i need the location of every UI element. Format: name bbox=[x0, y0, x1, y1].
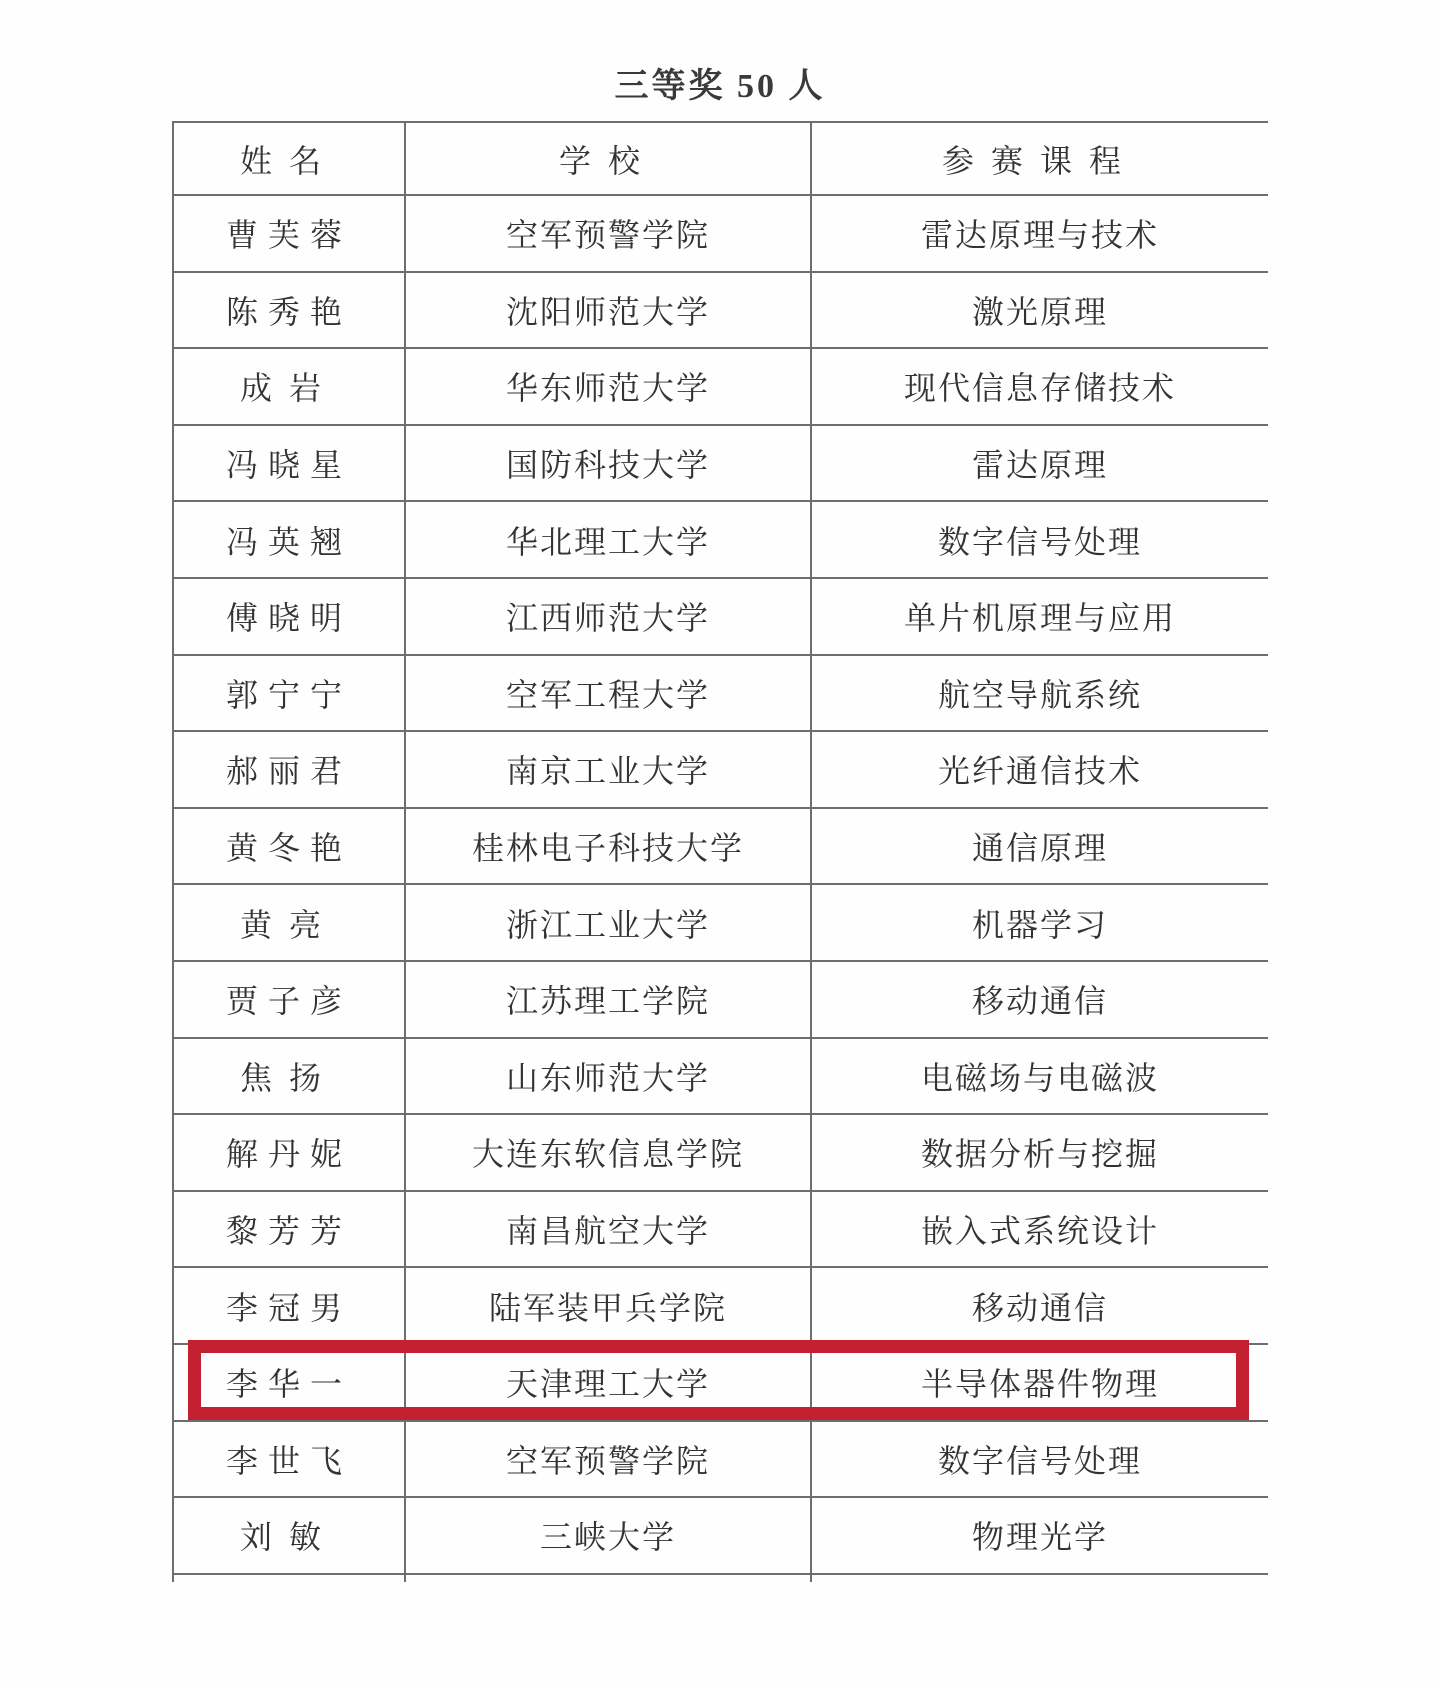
page-title: 三等奖 50 人 bbox=[172, 58, 1268, 107]
awards-table: 姓名 学校 参赛课程 曹芙蓉 空军预警学院 雷达原理与技术 陈秀艳 沈阳师范大学… bbox=[172, 121, 1268, 1582]
name-cell bbox=[173, 1574, 405, 1582]
course-cell: 单片机原理与应用 bbox=[811, 578, 1268, 655]
name-cell: 曹芙蓉 bbox=[173, 195, 405, 272]
table-row: 李冠男 陆军装甲兵学院 移动通信 bbox=[173, 1267, 1268, 1344]
table-row: 陈秀艳 沈阳师范大学 激光原理 bbox=[173, 272, 1268, 349]
table-row: 黄冬艳 桂林电子科技大学 通信原理 bbox=[173, 808, 1268, 885]
awards-table-wrap: 姓名 学校 参赛课程 曹芙蓉 空军预警学院 雷达原理与技术 陈秀艳 沈阳师范大学… bbox=[172, 121, 1268, 1582]
school-cell: 桂林电子科技大学 bbox=[405, 808, 811, 885]
course-cell: 数字信号处理 bbox=[811, 501, 1268, 578]
school-cell: 空军预警学院 bbox=[405, 1421, 811, 1498]
table-row-partial bbox=[173, 1574, 1268, 1582]
table-row: 贾子彦 江苏理工学院 移动通信 bbox=[173, 961, 1268, 1038]
course-cell: 嵌入式系统设计 bbox=[811, 1191, 1268, 1268]
school-cell: 华北理工大学 bbox=[405, 501, 811, 578]
school-cell: 浙江工业大学 bbox=[405, 884, 811, 961]
course-cell: 雷达原理 bbox=[811, 425, 1268, 502]
table-row: 曹芙蓉 空军预警学院 雷达原理与技术 bbox=[173, 195, 1268, 272]
name-cell: 黄冬艳 bbox=[173, 808, 405, 885]
table-row: 焦扬 山东师范大学 电磁场与电磁波 bbox=[173, 1038, 1268, 1115]
school-cell: 大连东软信息学院 bbox=[405, 1114, 811, 1191]
school-cell: 沈阳师范大学 bbox=[405, 272, 811, 349]
school-cell: 南京工业大学 bbox=[405, 731, 811, 808]
school-cell: 天津理工大学 bbox=[405, 1344, 811, 1421]
name-cell: 冯英翘 bbox=[173, 501, 405, 578]
name-cell: 刘敏 bbox=[173, 1497, 405, 1574]
table-row: 冯英翘 华北理工大学 数字信号处理 bbox=[173, 501, 1268, 578]
school-cell bbox=[405, 1574, 811, 1582]
course-cell: 移动通信 bbox=[811, 961, 1268, 1038]
name-cell: 傅晓明 bbox=[173, 578, 405, 655]
school-cell: 山东师范大学 bbox=[405, 1038, 811, 1115]
name-cell: 李冠男 bbox=[173, 1267, 405, 1344]
course-cell: 航空导航系统 bbox=[811, 655, 1268, 732]
header-name: 姓名 bbox=[173, 122, 405, 195]
name-cell: 郭宁宁 bbox=[173, 655, 405, 732]
course-cell: 移动通信 bbox=[811, 1267, 1268, 1344]
table-row: 成岩 华东师范大学 现代信息存储技术 bbox=[173, 348, 1268, 425]
school-cell: 陆军装甲兵学院 bbox=[405, 1267, 811, 1344]
table-row: 黎芳芳 南昌航空大学 嵌入式系统设计 bbox=[173, 1191, 1268, 1268]
table-row: 解丹妮 大连东软信息学院 数据分析与挖掘 bbox=[173, 1114, 1268, 1191]
name-cell: 陈秀艳 bbox=[173, 272, 405, 349]
school-cell: 三峡大学 bbox=[405, 1497, 811, 1574]
course-cell: 数据分析与挖掘 bbox=[811, 1114, 1268, 1191]
course-cell: 电磁场与电磁波 bbox=[811, 1038, 1268, 1115]
table-row: 郝丽君 南京工业大学 光纤通信技术 bbox=[173, 731, 1268, 808]
table-row: 郭宁宁 空军工程大学 航空导航系统 bbox=[173, 655, 1268, 732]
table-header-row: 姓名 学校 参赛课程 bbox=[173, 122, 1268, 195]
table-row: 刘敏 三峡大学 物理光学 bbox=[173, 1497, 1268, 1574]
school-cell: 空军预警学院 bbox=[405, 195, 811, 272]
course-cell: 机器学习 bbox=[811, 884, 1268, 961]
name-cell: 郝丽君 bbox=[173, 731, 405, 808]
table-row: 李华一 天津理工大学 半导体器件物理 bbox=[173, 1344, 1268, 1421]
name-cell: 李世飞 bbox=[173, 1421, 405, 1498]
school-cell: 空军工程大学 bbox=[405, 655, 811, 732]
name-cell: 黎芳芳 bbox=[173, 1191, 405, 1268]
header-course: 参赛课程 bbox=[811, 122, 1268, 195]
name-cell: 黄亮 bbox=[173, 884, 405, 961]
table-row: 李世飞 空军预警学院 数字信号处理 bbox=[173, 1421, 1268, 1498]
school-cell: 南昌航空大学 bbox=[405, 1191, 811, 1268]
document-page: 三等奖 50 人 姓名 学校 参赛课程 曹芙蓉 空军预警学院 雷达原理与技术 陈… bbox=[0, 0, 1440, 1685]
table-body: 曹芙蓉 空军预警学院 雷达原理与技术 陈秀艳 沈阳师范大学 激光原理 成岩 华东… bbox=[173, 195, 1268, 1582]
course-cell: 光纤通信技术 bbox=[811, 731, 1268, 808]
course-cell: 半导体器件物理 bbox=[811, 1344, 1268, 1421]
course-cell: 数字信号处理 bbox=[811, 1421, 1268, 1498]
name-cell: 冯晓星 bbox=[173, 425, 405, 502]
course-cell: 物理光学 bbox=[811, 1497, 1268, 1574]
table-row: 傅晓明 江西师范大学 单片机原理与应用 bbox=[173, 578, 1268, 655]
name-cell: 贾子彦 bbox=[173, 961, 405, 1038]
name-cell: 焦扬 bbox=[173, 1038, 405, 1115]
course-cell bbox=[811, 1574, 1268, 1582]
course-cell: 激光原理 bbox=[811, 272, 1268, 349]
name-cell: 李华一 bbox=[173, 1344, 405, 1421]
school-cell: 江苏理工学院 bbox=[405, 961, 811, 1038]
table-row: 黄亮 浙江工业大学 机器学习 bbox=[173, 884, 1268, 961]
course-cell: 雷达原理与技术 bbox=[811, 195, 1268, 272]
course-cell: 通信原理 bbox=[811, 808, 1268, 885]
header-school: 学校 bbox=[405, 122, 811, 195]
school-cell: 国防科技大学 bbox=[405, 425, 811, 502]
table-row: 冯晓星 国防科技大学 雷达原理 bbox=[173, 425, 1268, 502]
name-cell: 解丹妮 bbox=[173, 1114, 405, 1191]
school-cell: 江西师范大学 bbox=[405, 578, 811, 655]
course-cell: 现代信息存储技术 bbox=[811, 348, 1268, 425]
name-cell: 成岩 bbox=[173, 348, 405, 425]
school-cell: 华东师范大学 bbox=[405, 348, 811, 425]
